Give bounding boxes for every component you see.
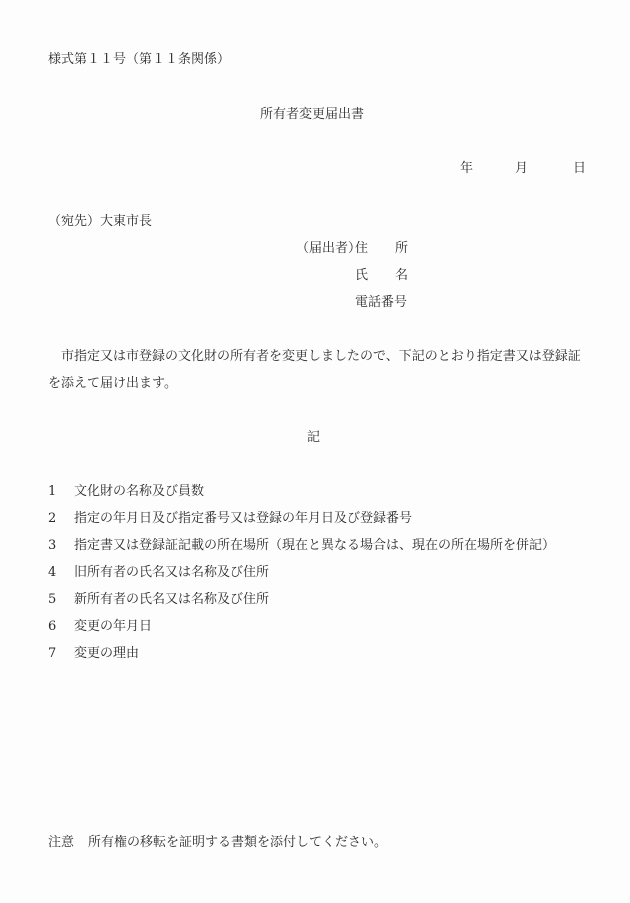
list-item: 6 変更の年月日 (48, 620, 555, 647)
document-title: 所有者変更届出書 (260, 108, 364, 121)
item-number: 1 (48, 485, 74, 512)
item-text: 指定の年月日及び指定番号又は登録の年月日及び登録番号 (74, 512, 412, 539)
name-label-part1: 氏 (355, 269, 395, 282)
date-month-label: 月 (515, 162, 573, 175)
list-item: 4 旧所有者の氏名又は名称及び住所 (48, 566, 555, 593)
date-day-label: 日 (573, 162, 586, 175)
list-item: 3 指定書又は登録証記載の所在場所（現在と異なる場合は、現在の所在場所を併記） (48, 539, 555, 566)
date-year-label: 年 (460, 162, 515, 175)
address-label-part2: 所 (395, 241, 408, 256)
list-item: 2 指定の年月日及び指定番号又は登録の年月日及び登録番号 (48, 512, 555, 539)
applicant-phone-label: 電話番号 (355, 296, 407, 309)
item-number: 6 (48, 620, 74, 647)
item-text: 新所有者の氏名又は名称及び住所 (74, 593, 269, 620)
item-number: 7 (48, 647, 74, 674)
item-number: 4 (48, 566, 74, 593)
ki-heading: 記 (307, 431, 320, 444)
form-number: 様式第１１号（第１１条関係） (48, 53, 230, 66)
name-label-part2: 名 (395, 268, 408, 283)
applicant-name-label: 氏名 (355, 269, 408, 282)
item-text: 変更の理由 (74, 647, 139, 674)
item-number: 3 (48, 539, 74, 566)
item-number: 5 (48, 593, 74, 620)
item-text: 指定書又は登録証記載の所在場所（現在と異なる場合は、現在の所在場所を併記） (74, 539, 555, 566)
date-row: 年月日 (460, 162, 586, 175)
applicant-address-label: 住所 (355, 242, 408, 255)
item-text: 変更の年月日 (74, 620, 152, 647)
body-paragraph: 市指定又は市登録の文化財の所有者を変更しましたので、下記のとおり指定書又は登録証… (48, 343, 584, 397)
list-item: 5 新所有者の氏名又は名称及び住所 (48, 593, 555, 620)
item-text: 旧所有者の氏名又は名称及び住所 (74, 566, 269, 593)
list-item: 1 文化財の名称及び員数 (48, 485, 555, 512)
list-item: 7 変更の理由 (48, 647, 555, 674)
note: 注意所有権の移転を証明する書類を添付してください。 (48, 836, 387, 849)
item-list: 1 文化財の名称及び員数 2 指定の年月日及び指定番号又は登録の年月日及び登録番… (48, 485, 555, 674)
item-text: 文化財の名称及び員数 (74, 485, 204, 512)
address-label-part1: 住 (355, 242, 395, 255)
applicant-label: （届出者） (296, 242, 361, 255)
addressee: （宛先）大東市長 (48, 215, 152, 228)
note-label: 注意 (48, 836, 88, 849)
note-text: 所有権の移転を証明する書類を添付してください。 (88, 835, 387, 850)
item-number: 2 (48, 512, 74, 539)
